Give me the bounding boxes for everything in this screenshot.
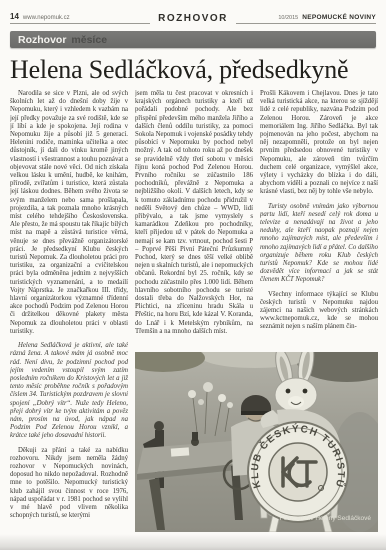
site-url: www.nepomuk.cz	[23, 15, 70, 21]
interviewer-comment: Helena Sedláčková je aktivní, ale také r…	[10, 342, 128, 440]
interview-answer: Děkuji za přání a také za nabídku rozhov…	[10, 447, 128, 521]
publication-name: NEPOMUCKÉ NOVINY	[302, 14, 376, 21]
photo-scene: KLUB ČESKÝCH TURISTŮ Foto: archiv Heleny…	[135, 352, 378, 532]
article-photo: KLUB ČESKÝCH TURISTŮ Foto: archiv Heleny…	[135, 352, 378, 532]
article-paragraph: Narodila se sice v Plzni, ale od svých š…	[10, 90, 128, 336]
columns-2-3: jsem měla tu čest pracovat v okresních i…	[135, 90, 378, 348]
article-headline: Helena Sedláčková, předsedkyně	[10, 56, 376, 84]
section-title: ROZHOVOR	[150, 13, 236, 24]
issue-number: 10/2015	[278, 15, 298, 21]
text-column-2: jsem měla tu čest pracovat v okresních i…	[135, 90, 253, 348]
photo-caption: Foto: archiv Heleny Sedláčkové	[280, 515, 372, 522]
article-body: Narodila se sice v Plzni, ale od svých š…	[0, 86, 386, 534]
page-number: 14	[10, 12, 19, 21]
banner-title: Rozhovor	[18, 34, 66, 46]
text-column-1: Narodila se sice v Plzni, ale od svých š…	[10, 90, 128, 534]
interview-answer: jsem měla tu čest pracovat v okresních i…	[135, 90, 253, 336]
kct-club-emblem: KLUB ČESKÝCH TURISTŮ	[248, 422, 348, 522]
interview-question: Turisty osobně vnímám jako výbornou part…	[260, 203, 378, 285]
section-banner: Rozhovor měsíce	[10, 31, 376, 48]
header-right: 10/2015 NEPOMUCKÉ NOVINY	[236, 14, 376, 24]
newspaper-page: 14 www.nepomuk.cz ROZHOVOR 10/2015 NEPOM…	[0, 0, 386, 550]
banner-subtitle: měsíce	[71, 34, 107, 46]
header-left: 14 www.nepomuk.cz	[10, 12, 150, 24]
page-header: 14 www.nepomuk.cz ROZHOVOR 10/2015 NEPOM…	[10, 10, 376, 24]
text-column-3: Prošli Kákovem i Chejlavou. Dnes je tato…	[260, 90, 378, 348]
interview-answer: Prošli Kákovem i Chejlavou. Dnes je tato…	[260, 90, 378, 197]
right-column-wrap: jsem měla tu čest pracovat v okresních i…	[135, 90, 378, 534]
interview-answer: Všechny informace týkající se Klubu česk…	[260, 291, 378, 332]
